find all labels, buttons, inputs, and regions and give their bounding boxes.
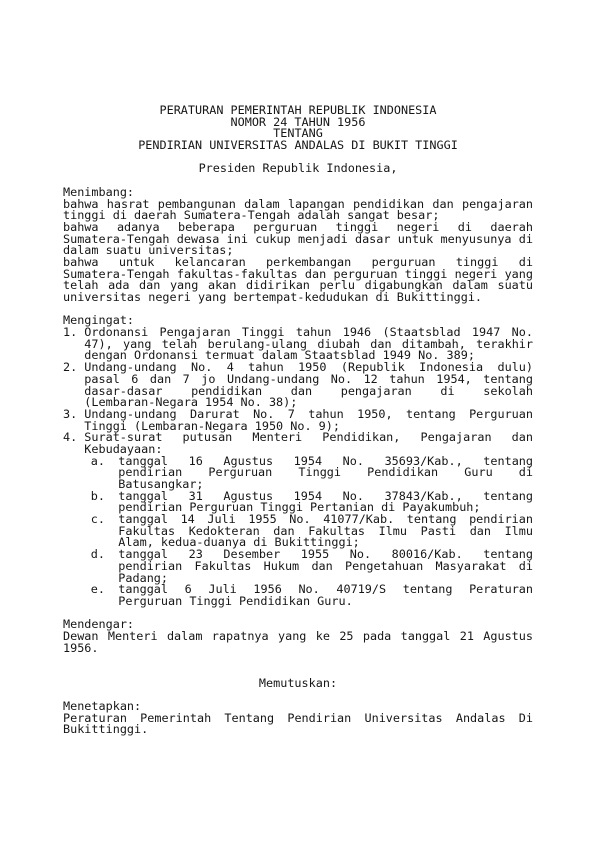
list-marker: d.: [91, 549, 105, 561]
paragraph-line: Dewan Menteri dalam rapatnya yang ke 25 …: [63, 631, 533, 643]
paragraph-line: universitas negeri yang bertempat-kedudu…: [63, 292, 533, 304]
list-marker: b.: [91, 491, 105, 503]
line-text: universitas negeri yang bertempat-kedudu…: [63, 292, 533, 304]
list-marker: 2.: [63, 362, 77, 374]
sub-list-item-line: Perguruan Tinggi Pendidikan Guru.: [63, 596, 533, 608]
line-text: 1956.: [63, 643, 533, 655]
memutuskan-heading: Memutuskan:: [63, 678, 533, 690]
line-text: PENDIRIAN UNIVERSITAS ANDALAS DI BUKIT T…: [63, 140, 533, 152]
list-marker: e.: [91, 584, 105, 596]
salutation-line: Presiden Republik Indonesia,: [63, 163, 533, 175]
list-marker: c.: [91, 514, 105, 526]
line-text: Memutuskan:: [63, 678, 533, 690]
list-marker: 1.: [63, 327, 77, 339]
document-page: PERATURAN PEMERINTAH REPUBLIK INDONESIAN…: [63, 105, 533, 736]
line-text: Bukittinggi.: [63, 724, 533, 736]
line-text: Perguruan Tinggi Pendidikan Guru.: [118, 596, 533, 608]
list-marker: 3.: [63, 409, 77, 421]
line-text: pendirian Fakultas Hukum dan Pengetahuan…: [118, 561, 533, 573]
blank-line: [63, 654, 533, 666]
paragraph-line: 1956.: [63, 643, 533, 655]
list-marker: 4.: [63, 432, 77, 444]
list-marker: a.: [91, 456, 105, 468]
line-text: Dewan Menteri dalam rapatnya yang ke 25 …: [63, 631, 533, 643]
pdf-page: { "page": { "background_color": "#ffffff…: [0, 0, 595, 842]
paragraph-line: Bukittinggi.: [63, 724, 533, 736]
line-text: Presiden Republik Indonesia,: [63, 163, 533, 175]
regulation-subject-line: PENDIRIAN UNIVERSITAS ANDALAS DI BUKIT T…: [63, 140, 533, 152]
